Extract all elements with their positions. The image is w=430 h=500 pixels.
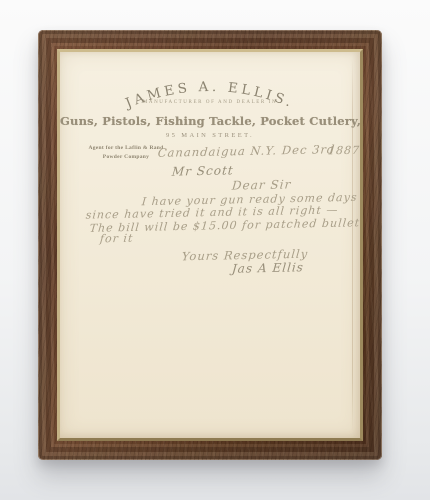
- letterhead-name-arc: JAMES A. ELLIS.: [100, 66, 320, 118]
- letterhead-name-text: JAMES A. ELLIS.: [121, 79, 296, 112]
- handwritten-year: 1887: [327, 144, 360, 158]
- handwritten-signature: Jas A Ellis: [231, 260, 304, 276]
- letterhead-products-line: Guns, Pistols, Fishing Tackle, Pocket Cu…: [60, 114, 360, 128]
- picture-frame: JAMES A. ELLIS. MANUFACTURER OF AND DEAL…: [38, 30, 382, 460]
- handwritten-recipient: Mr Scott: [171, 163, 234, 178]
- handwritten-body-line-4: for it: [99, 232, 134, 246]
- handwritten-salutation: Dear Sir: [231, 177, 292, 192]
- photo-background: JAMES A. ELLIS. MANUFACTURER OF AND DEAL…: [0, 0, 430, 500]
- svg-text:JAMES A. ELLIS.: JAMES A. ELLIS.: [121, 79, 296, 112]
- gilt-fillet: JAMES A. ELLIS. MANUFACTURER OF AND DEAL…: [57, 49, 363, 441]
- letter-paper: JAMES A. ELLIS. MANUFACTURER OF AND DEAL…: [60, 52, 360, 438]
- handwritten-dateline: Canandaigua N.Y. Dec 3rd: [157, 142, 336, 160]
- letterhead-subtitle: MANUFACTURER OF AND DEALER IN: [60, 100, 360, 105]
- letterhead-address: 95 MAIN STREET.: [60, 132, 360, 139]
